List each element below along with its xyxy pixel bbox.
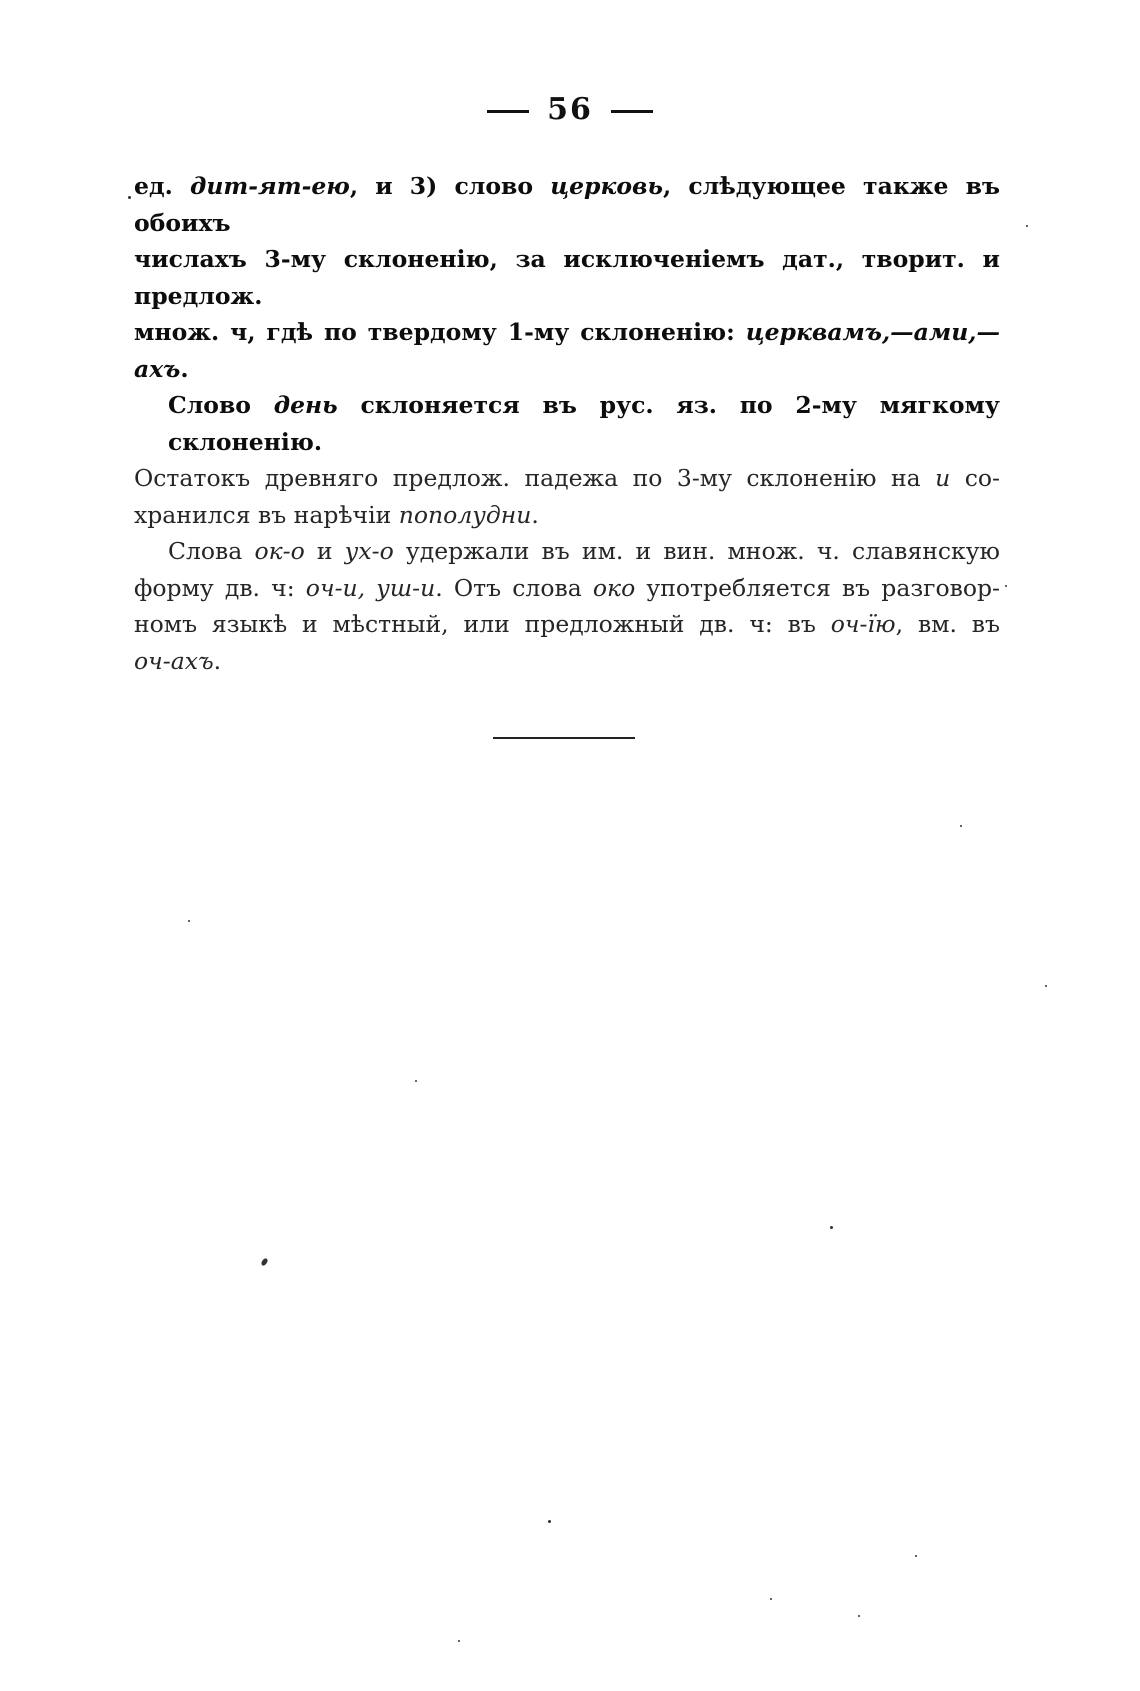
text-line: ед. дит-ят-ею, и 3) слово церковь, слѣду… [134, 168, 1000, 241]
scan-speck [1026, 225, 1028, 227]
italic-term: день [274, 391, 338, 419]
text-run: . [180, 355, 188, 383]
italic-term: оч-ахъ [134, 647, 214, 675]
text-run: со- [950, 464, 1000, 492]
text-run: числахъ 3-му склоненію, за исключеніемъ … [134, 245, 1000, 310]
text-run: удержали въ им. и вин. множ. ч. славянск… [394, 537, 1000, 565]
page-number: 56 [0, 92, 1140, 127]
italic-term: и [935, 464, 950, 492]
scan-speck [830, 1226, 833, 1229]
text-line: оч-ахъ. [134, 643, 1000, 680]
text-run: , и 3) слово [350, 172, 550, 200]
italic-term: оч-їю [831, 610, 896, 638]
text-line: Слово день склоняется въ рус. яз. по 2-м… [134, 387, 1000, 460]
text-line: форму дв. ч: оч-и, уш-и. Отъ слова око у… [134, 570, 1000, 607]
text-run: форму дв. ч: [134, 574, 306, 602]
text-line: числахъ 3-му склоненію, за исключеніемъ … [134, 241, 1000, 314]
scan-speck [188, 920, 190, 922]
text-run: номъ языкѣ и мѣстный, или предложный дв.… [134, 610, 831, 638]
text-run: Слово [168, 391, 274, 419]
italic-term: дит-ят-ею [190, 172, 350, 200]
text-run: , вм. въ [896, 610, 1000, 638]
scan-speck [458, 1640, 460, 1642]
text-line: Слова ок-о и ух-о удержали въ им. и вин.… [134, 533, 1000, 570]
italic-term: церковь [550, 172, 663, 200]
page-number-value: 56 [547, 92, 593, 127]
text-run: хранился въ нарѣчіи [134, 501, 399, 529]
scan-speck [770, 1598, 772, 1600]
paragraph: Слова ок-о и ух-о удержали въ им. и вин.… [134, 533, 1000, 679]
scan-speck [858, 1615, 860, 1617]
italic-term: ух-о [345, 537, 394, 565]
paragraph: ед. дит-ят-ею, и 3) слово церковь, слѣду… [134, 168, 1000, 387]
text-run: множ. ч, гдѣ по твердому 1-му склоненію: [134, 318, 746, 346]
section-end-rule [493, 737, 635, 739]
scan-speck [960, 825, 962, 827]
text-run: употребляется въ разговор- [635, 574, 1000, 602]
body-text: ед. дит-ят-ею, и 3) слово церковь, слѣду… [134, 168, 1000, 679]
scan-speck [915, 1555, 917, 1557]
scan-speck [415, 1080, 417, 1082]
italic-term: око [593, 574, 635, 602]
text-line: номъ языкѣ и мѣстный, или предложный дв.… [134, 606, 1000, 643]
scan-speck [1005, 585, 1007, 587]
text-run: Слова [168, 537, 254, 565]
text-line: хранился въ нарѣчіи пополудни. [134, 497, 1000, 534]
text-line: Остатокъ древняго предлож. падежа по 3-м… [134, 460, 1000, 497]
scan-speck [260, 1257, 269, 1266]
text-run: Остатокъ древняго предлож. падежа по 3-м… [134, 464, 935, 492]
paragraph: Остатокъ древняго предлож. падежа по 3-м… [134, 460, 1000, 533]
scan-speck [128, 196, 131, 199]
dash-right [611, 110, 653, 113]
italic-term: пополудни [399, 501, 532, 529]
text-line: множ. ч, гдѣ по твердому 1-му склоненію:… [134, 314, 1000, 387]
italic-term: оч-и, уш-и [306, 574, 435, 602]
dash-left [487, 110, 529, 113]
scan-speck [548, 1520, 551, 1523]
text-run: . [531, 501, 538, 529]
scan-speck [1045, 985, 1047, 987]
text-run: ед. [134, 172, 190, 200]
text-run: . Отъ слова [435, 574, 593, 602]
italic-term: ок-о [254, 537, 304, 565]
paragraph: Слово день склоняется въ рус. яз. по 2-м… [134, 387, 1000, 460]
text-run: и [305, 537, 345, 565]
text-run: . [214, 647, 221, 675]
